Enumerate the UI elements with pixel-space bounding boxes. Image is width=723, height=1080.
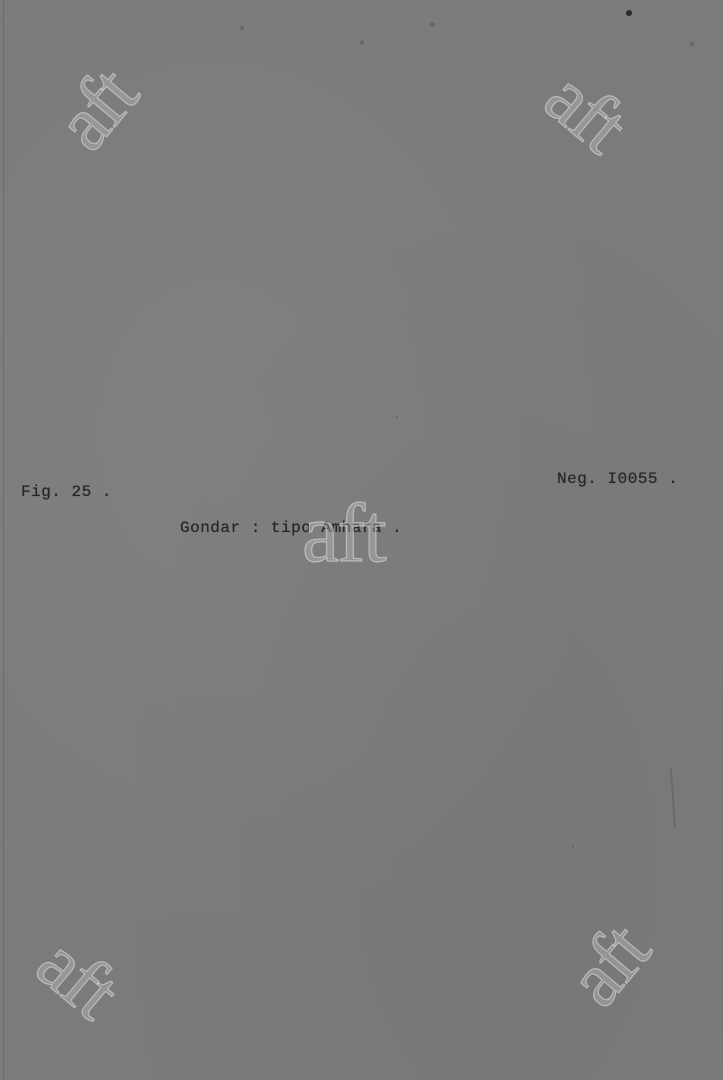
figure-number: Fig. 25 . (21, 483, 112, 501)
dust-speck (430, 22, 435, 27)
watermark-bottom-left: aft (24, 923, 133, 1032)
film-scratch (670, 768, 676, 828)
watermark-top-right: aft (532, 57, 641, 166)
watermark-bottom-right: aft (554, 911, 663, 1020)
dust-speck (240, 26, 244, 30)
watermark-top-left: aft (42, 55, 151, 164)
card-edge-line (3, 0, 4, 1080)
dust-speck (690, 42, 694, 46)
dust-speck (360, 40, 364, 45)
negative-number: Neg. I0055 . (557, 470, 678, 488)
dust-speck (396, 416, 398, 418)
archival-card: Fig. 25 . Neg. I0055 . Gondar : tipo Amh… (0, 0, 723, 1080)
watermark-center: aft (302, 492, 385, 576)
dust-speck (572, 846, 574, 848)
dust-speck (626, 10, 632, 16)
